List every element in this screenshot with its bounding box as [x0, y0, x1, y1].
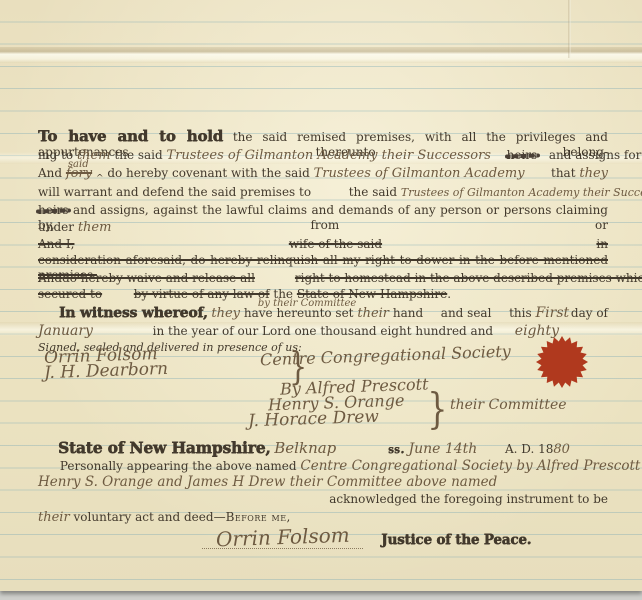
caret-mark: ^ — [96, 174, 104, 184]
printed-text: Personally appearing the above named — [60, 459, 297, 473]
habendum-line-3: And said fory ^ do hereby covenant with … — [38, 166, 608, 187]
printed-text: that — [551, 166, 576, 180]
signature-justice-orrin-folsom: Orrin Folsom — [216, 528, 350, 548]
gothic-in-witness-whereof: In witness whereof, — [59, 305, 208, 321]
printed-ss: ss. — [388, 443, 405, 456]
habendum-line-2: ing to them the said Trustees of Gilmant… — [38, 148, 608, 163]
testimonium-line-2: January in the year of our Lord one thou… — [38, 324, 608, 339]
ack-line-2: Personally appearing the above named Cen… — [38, 459, 608, 474]
deed-paper: To have and to hold the said remised pre… — [0, 0, 642, 591]
handwritten-them: them — [78, 220, 112, 235]
printed-text: voluntary act and deed— — [74, 510, 226, 524]
handwritten-grantee: Trustees of Gilmanton Academy their Succ… — [167, 148, 491, 163]
handwritten-80: 80 — [553, 442, 570, 457]
handwritten-first: First — [535, 305, 569, 321]
inserted-word-said: said — [68, 157, 89, 172]
struck-printed-text: secured to — [38, 287, 102, 301]
printed-text: the said — [114, 148, 162, 162]
handwritten-grantee: Trustees of Gilmanton Academy — [314, 166, 525, 181]
handwritten-parties-1: Centre Congregational Society by Alfred … — [300, 458, 640, 474]
gothic-to-have-and-to-hold: To have and to hold — [38, 127, 223, 145]
handwritten-they: they — [579, 166, 608, 181]
fold-crease-vertical — [568, 0, 571, 58]
struck-word-heirs: heirs — [507, 148, 538, 163]
justice-signature-line: Orrin Folsom Justice of the Peace. — [38, 530, 608, 549]
committee-label: their Committee — [450, 398, 608, 413]
testimonium-line-1: In witness whereof, they have by their C… — [38, 306, 608, 321]
printed-text: and seal — [441, 306, 492, 320]
printed-text: under — [38, 220, 74, 234]
fold-crease-top — [0, 47, 642, 63]
handwritten-january: January — [38, 323, 93, 339]
dower-line-1: And I, wife of the said in — [38, 237, 608, 252]
struck-word-heirs: heirs — [38, 203, 69, 218]
inserted-by-their-committee: by their Committee — [258, 296, 356, 311]
struck-printed-text: right to homestead in the above describe… — [295, 271, 642, 286]
ack-line-4: acknowledged the foregoing instrument to… — [38, 492, 608, 507]
handwritten-parties-2: Henry S. Orange and James H Drew their C… — [38, 474, 497, 490]
handwritten-their-committee: their Committee — [450, 397, 567, 413]
printed-text: in the year of our Lord one thousand eig… — [153, 324, 494, 338]
wax-seal-icon — [536, 336, 588, 388]
scanned-deed-page: { "colors": { "paper": "#ece3c3", "rule_… — [0, 0, 642, 600]
struck-printed-text: wife of the said — [289, 237, 382, 252]
handwritten-date: June 14th — [408, 441, 477, 457]
signature-centre-congregational-society: Centre Congregational Society — [260, 344, 511, 368]
printed-text: hand — [393, 306, 423, 320]
handwritten-belknap: Belknap — [274, 439, 336, 457]
printed-text: do hereby covenant with the said — [107, 166, 310, 180]
ack-line-3: Henry S. Orange and James H Drew their C… — [38, 475, 608, 490]
printed-before-me: Before me, — [226, 510, 291, 524]
habendum-line-6: under them — [38, 220, 608, 235]
struck-printed-text: And — [38, 271, 62, 286]
printed-text: . — [447, 287, 451, 301]
handwritten-grantee: Trustees of Gilmanton Academy their Succ… — [401, 186, 642, 199]
printed-text: will warrant and defend the said premise… — [38, 185, 311, 199]
handwritten-they: they — [211, 306, 240, 321]
habendum-line-4: will warrant and defend the said premise… — [38, 185, 608, 200]
handwritten-their: their — [38, 510, 70, 525]
printed-text: the said — [349, 185, 397, 199]
signature-j-horace-drew: J. Horace Drew — [248, 410, 379, 430]
dower-line-3: And do hereby waive and release all righ… — [38, 271, 608, 286]
gothic-state-of-new-hampshire: State of New Hampshire, — [58, 438, 271, 457]
struck-printed-text: by virtue of any law of — [134, 287, 270, 301]
printed-text: and assigns forever. — [549, 148, 642, 162]
committee-signature-3: J. Horace Drew — [248, 412, 608, 428]
struck-printed-text: in — [596, 237, 608, 252]
printed-ad-18: A. D. 18 — [505, 442, 553, 456]
printed-text: And — [38, 166, 62, 180]
printed-text: day of — [571, 306, 608, 321]
struck-printed-text: do hereby waive and release all — [62, 271, 255, 286]
gothic-justice-of-the-peace: Justice of the Peace. — [381, 532, 531, 548]
ack-venue-line: State of New Hampshire, Belknap ss. June… — [38, 440, 608, 457]
printed-text: acknowledged the foregoing instrument to… — [329, 492, 608, 506]
signature-dearborn: J. H. Dearborn — [44, 362, 169, 381]
handwritten-their: their — [357, 306, 389, 321]
printed-text: this — [509, 306, 532, 320]
struck-printed-text: And I, — [38, 237, 74, 252]
